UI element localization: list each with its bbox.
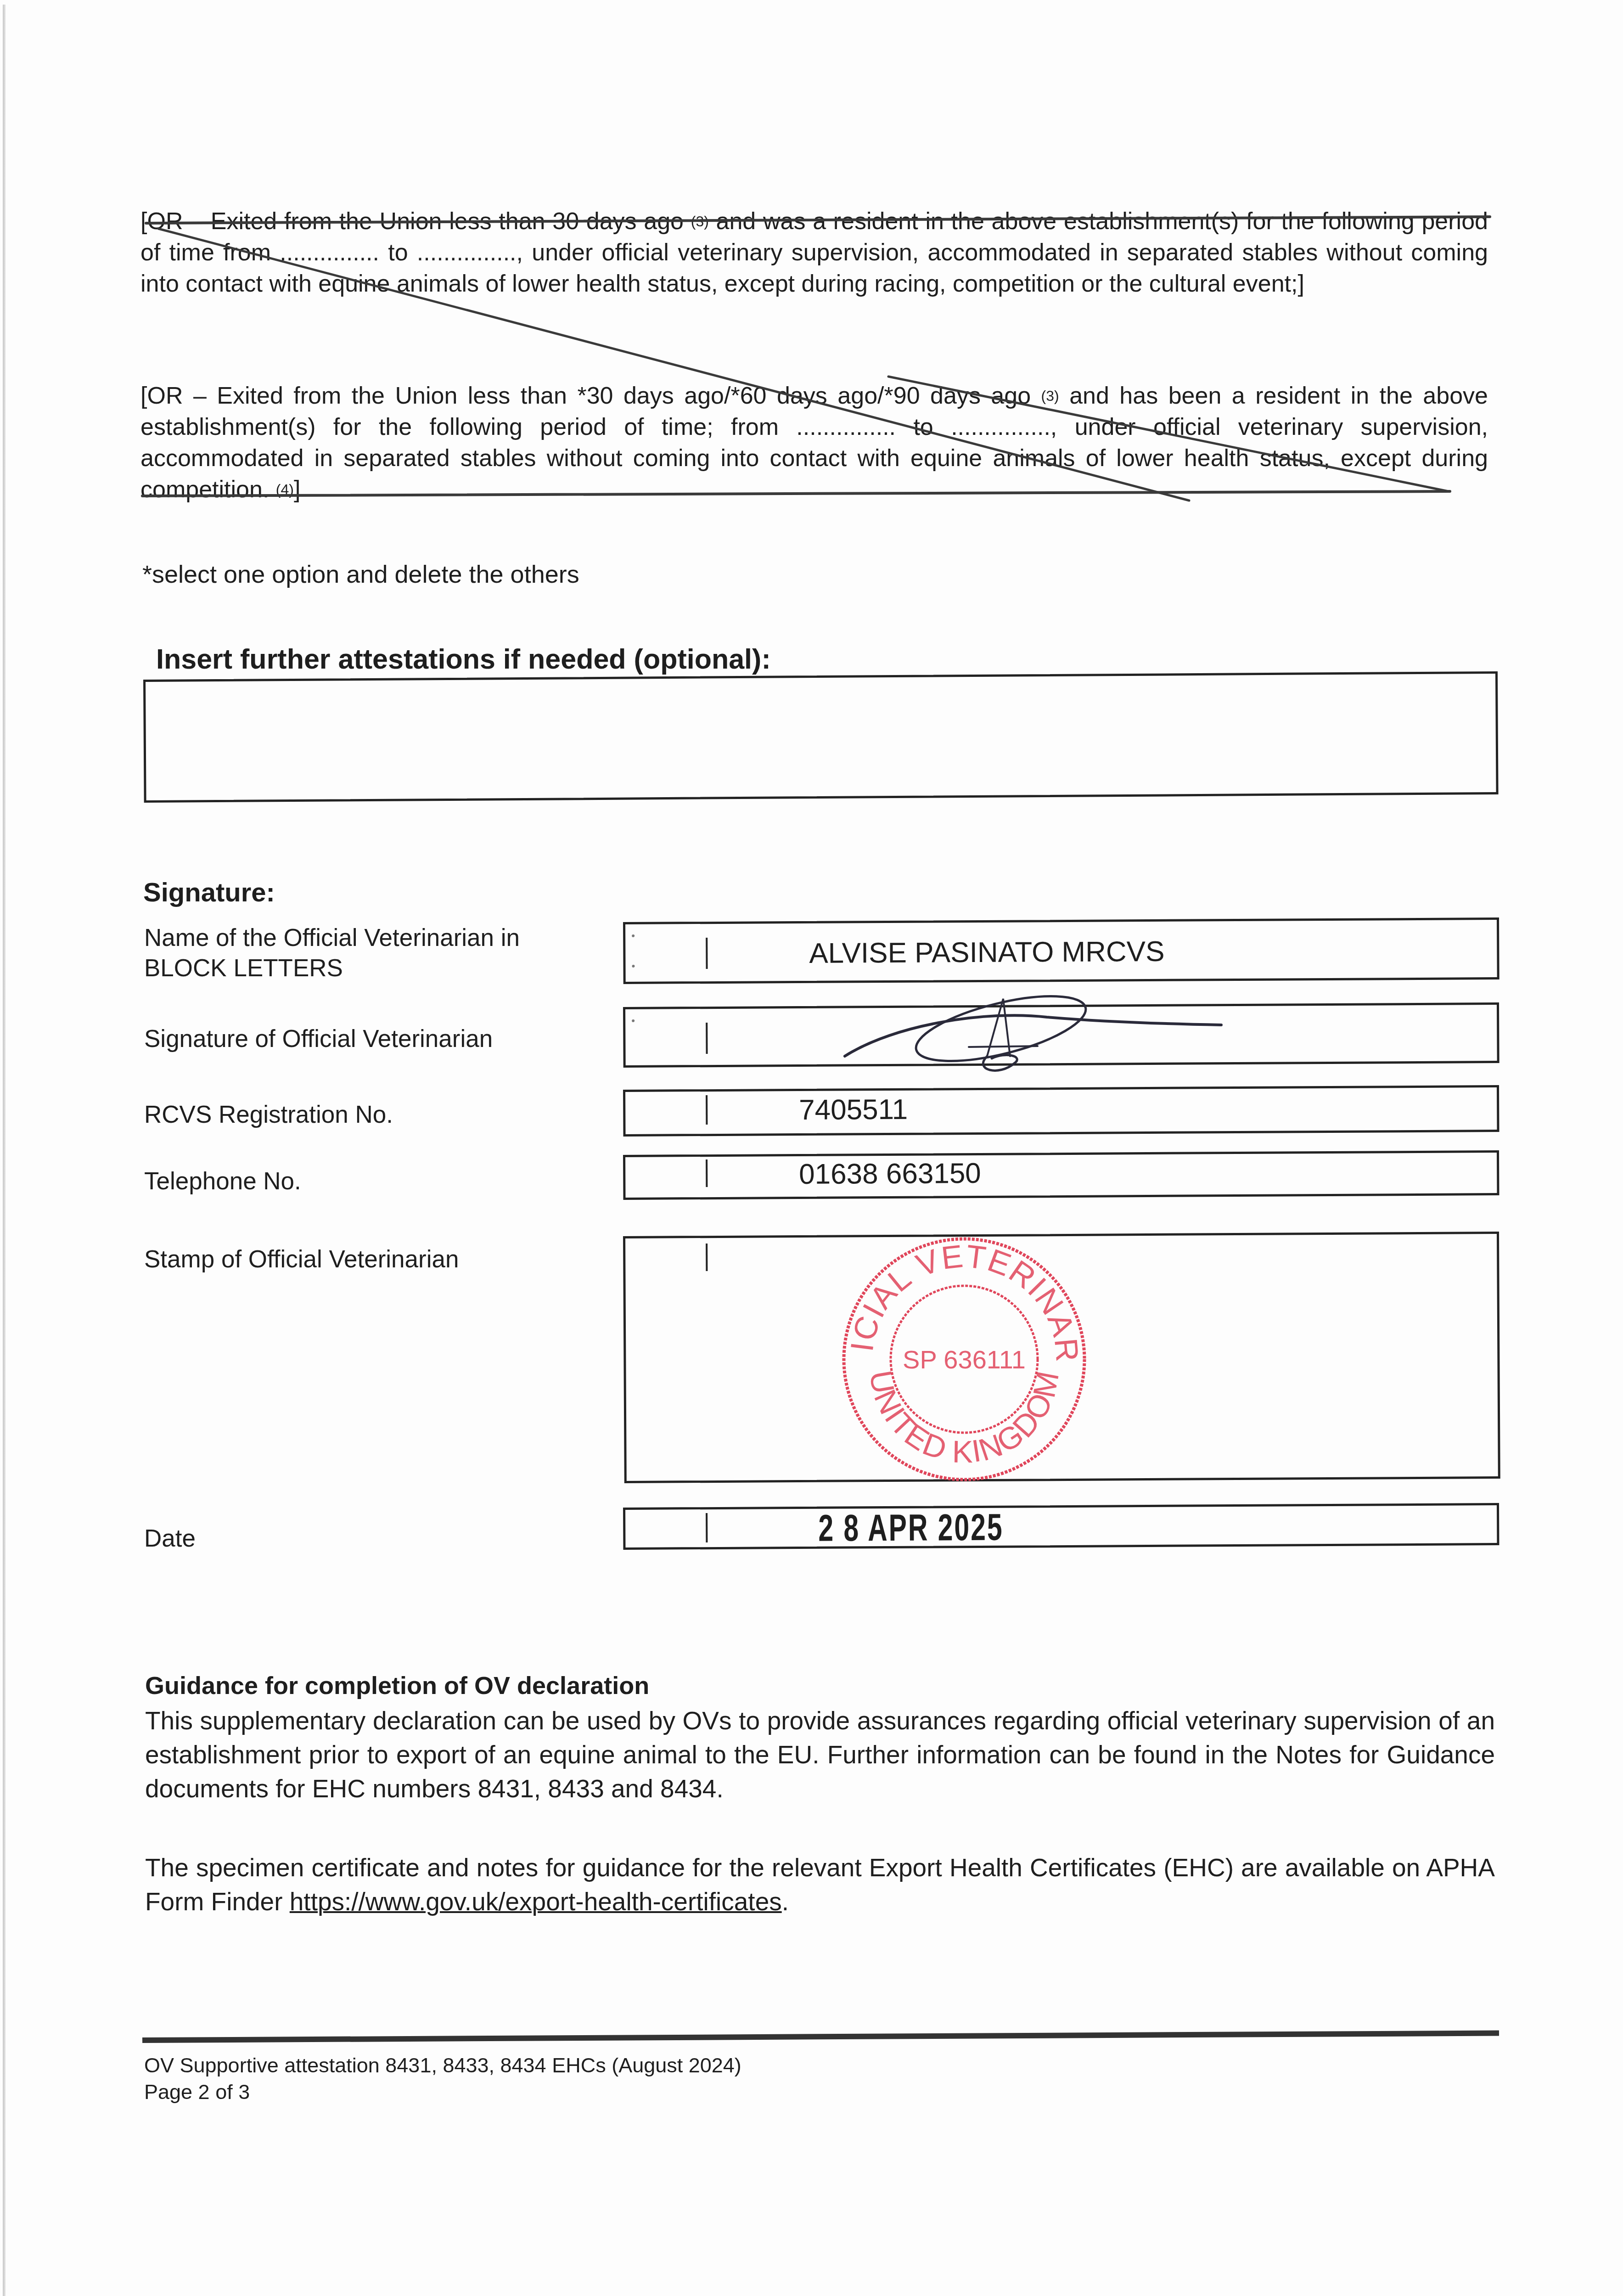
guidance-paragraph-2-end: . bbox=[782, 1887, 789, 1916]
guidance-paragraph-2: The specimen certificate and notes for g… bbox=[145, 1851, 1495, 1919]
svg-text:UNITED KINGDOM: UNITED KINGDOM bbox=[863, 1367, 1066, 1469]
svg-text:OFFICIAL VETERINARIAN: OFFICIAL VETERINARIAN bbox=[836, 1231, 1085, 1364]
export-health-certificates-link[interactable]: https://www.gov.uk/export-health-certifi… bbox=[290, 1887, 782, 1916]
guidance-paragraph-1: This supplementary declaration can be us… bbox=[145, 1704, 1495, 1806]
handwritten-signature bbox=[0, 0, 1623, 2296]
stamp-bottom-text: UNITED KINGDOM bbox=[863, 1367, 1066, 1469]
stamp-top-text: OFFICIAL VETERINARIAN bbox=[836, 1231, 1085, 1364]
footer-page-number: Page 2 of 3 bbox=[144, 2080, 250, 2104]
footer-document-ref: OV Supportive attestation 8431, 8433, 84… bbox=[144, 2054, 741, 2077]
stamp-center-text: SP 636111 bbox=[903, 1345, 1026, 1374]
official-veterinarian-stamp: OFFICIAL VETERINARIAN UNITED KINGDOM SP … bbox=[836, 1231, 1093, 1488]
guidance-heading: Guidance for completion of OV declaratio… bbox=[145, 1671, 649, 1700]
